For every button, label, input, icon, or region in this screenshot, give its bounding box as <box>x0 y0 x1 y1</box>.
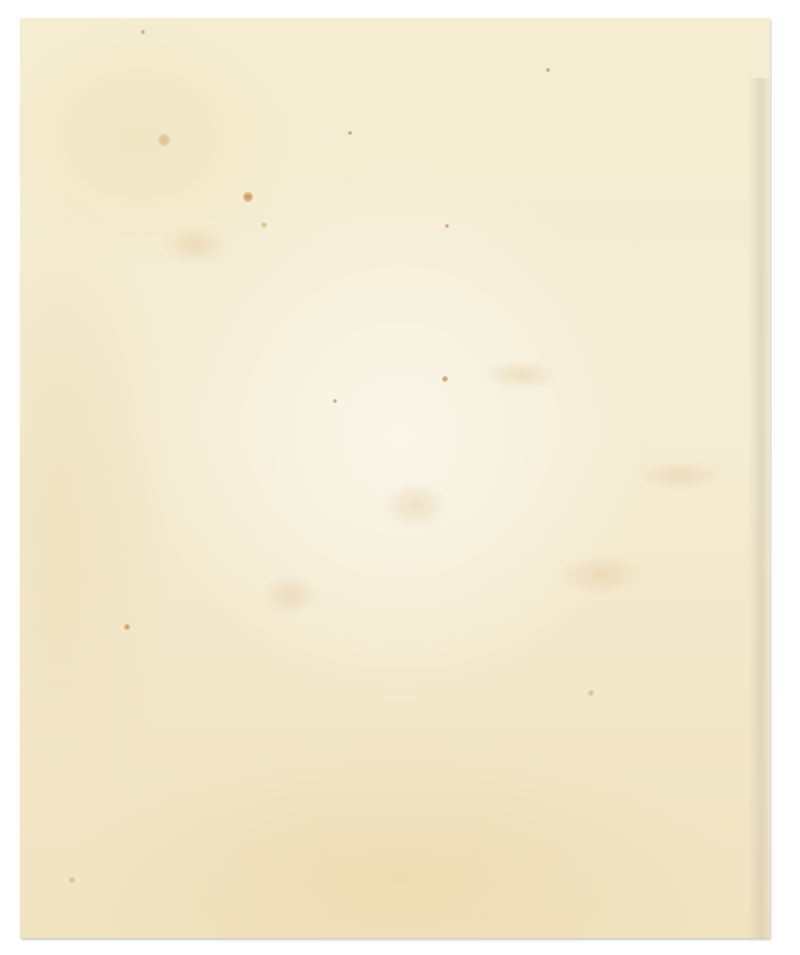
foxing-spot <box>261 222 267 228</box>
stain-blotch <box>480 360 560 390</box>
foxing-spot <box>348 131 352 135</box>
stain-blotch <box>635 460 725 490</box>
foxing-spot <box>546 68 550 72</box>
foxing-spot <box>141 30 145 34</box>
foxing-spot <box>69 877 75 883</box>
foxing-spot <box>243 192 253 202</box>
photo-canvas <box>0 0 800 955</box>
foxing-spot <box>445 224 449 228</box>
stain-blotch <box>260 575 320 615</box>
stain-blotch <box>555 555 645 595</box>
foxing-spot <box>442 376 448 382</box>
foxing-spot <box>588 690 594 696</box>
foxing-spot <box>333 399 337 403</box>
paper-right-edge-shading <box>748 78 770 938</box>
foxing-spot <box>158 134 170 146</box>
foxing-spot <box>124 624 130 630</box>
stain-blotch <box>160 225 230 265</box>
stain-blotch <box>380 480 450 530</box>
